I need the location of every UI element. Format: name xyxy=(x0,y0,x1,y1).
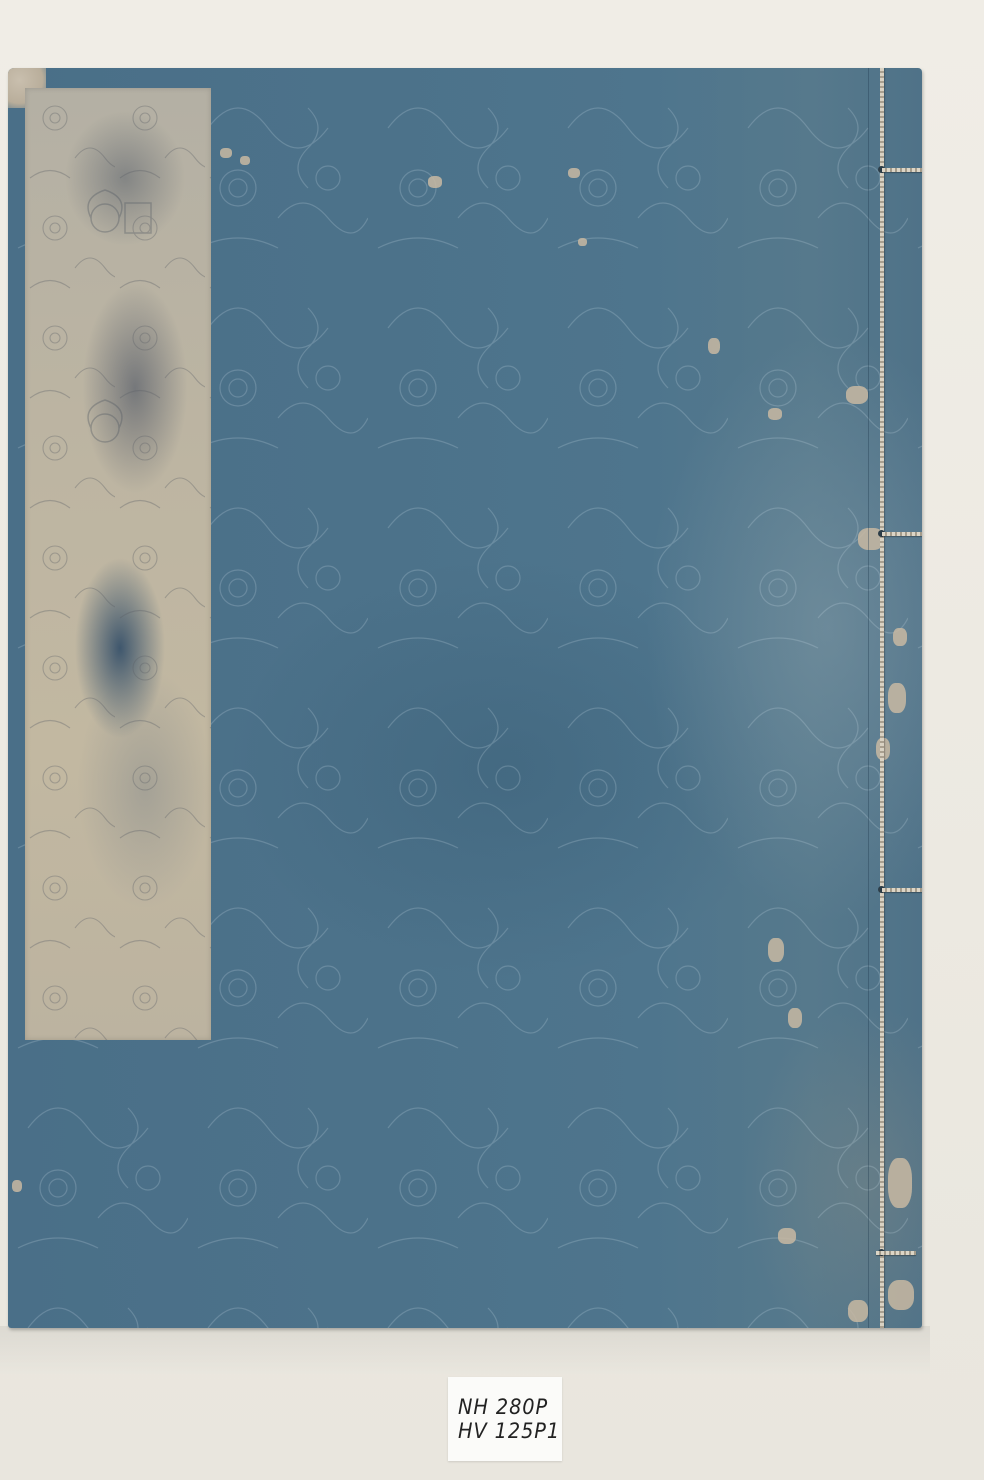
binding-stitch-1 xyxy=(882,168,922,172)
wear-spot xyxy=(12,1180,22,1192)
binding-stitch-4 xyxy=(876,1251,916,1255)
spine-fold-line xyxy=(868,68,869,1328)
book-cover xyxy=(8,68,922,1328)
binding-stitch-3 xyxy=(882,888,922,892)
wear-spot xyxy=(240,156,250,165)
wear-spot xyxy=(428,176,442,188)
wear-spot xyxy=(848,1300,868,1322)
wear-spot xyxy=(708,338,720,354)
wear-spot xyxy=(768,938,784,962)
wear-spot xyxy=(768,408,782,420)
slip-floral-pattern xyxy=(25,88,211,1040)
binding-thread-vertical xyxy=(880,68,884,1328)
catalog-label-line-1: NH 280P xyxy=(458,1395,554,1419)
table-shadow xyxy=(0,1326,930,1376)
wear-spot xyxy=(778,1228,796,1244)
wear-spot xyxy=(893,628,907,646)
wear-spot xyxy=(888,1158,912,1208)
wear-spot xyxy=(578,238,587,246)
wear-spot xyxy=(846,386,868,404)
binding-stitch-2 xyxy=(882,532,922,536)
wear-spot xyxy=(568,168,580,178)
wear-spot xyxy=(888,1280,914,1310)
wear-spot xyxy=(220,148,232,158)
catalog-label-line-2: HV 125P1 xyxy=(458,1419,554,1443)
wear-spot xyxy=(788,1008,802,1028)
title-slip xyxy=(25,88,211,1040)
catalog-label: NH 280P HV 125P1 xyxy=(448,1377,562,1461)
wear-spot xyxy=(888,683,906,713)
